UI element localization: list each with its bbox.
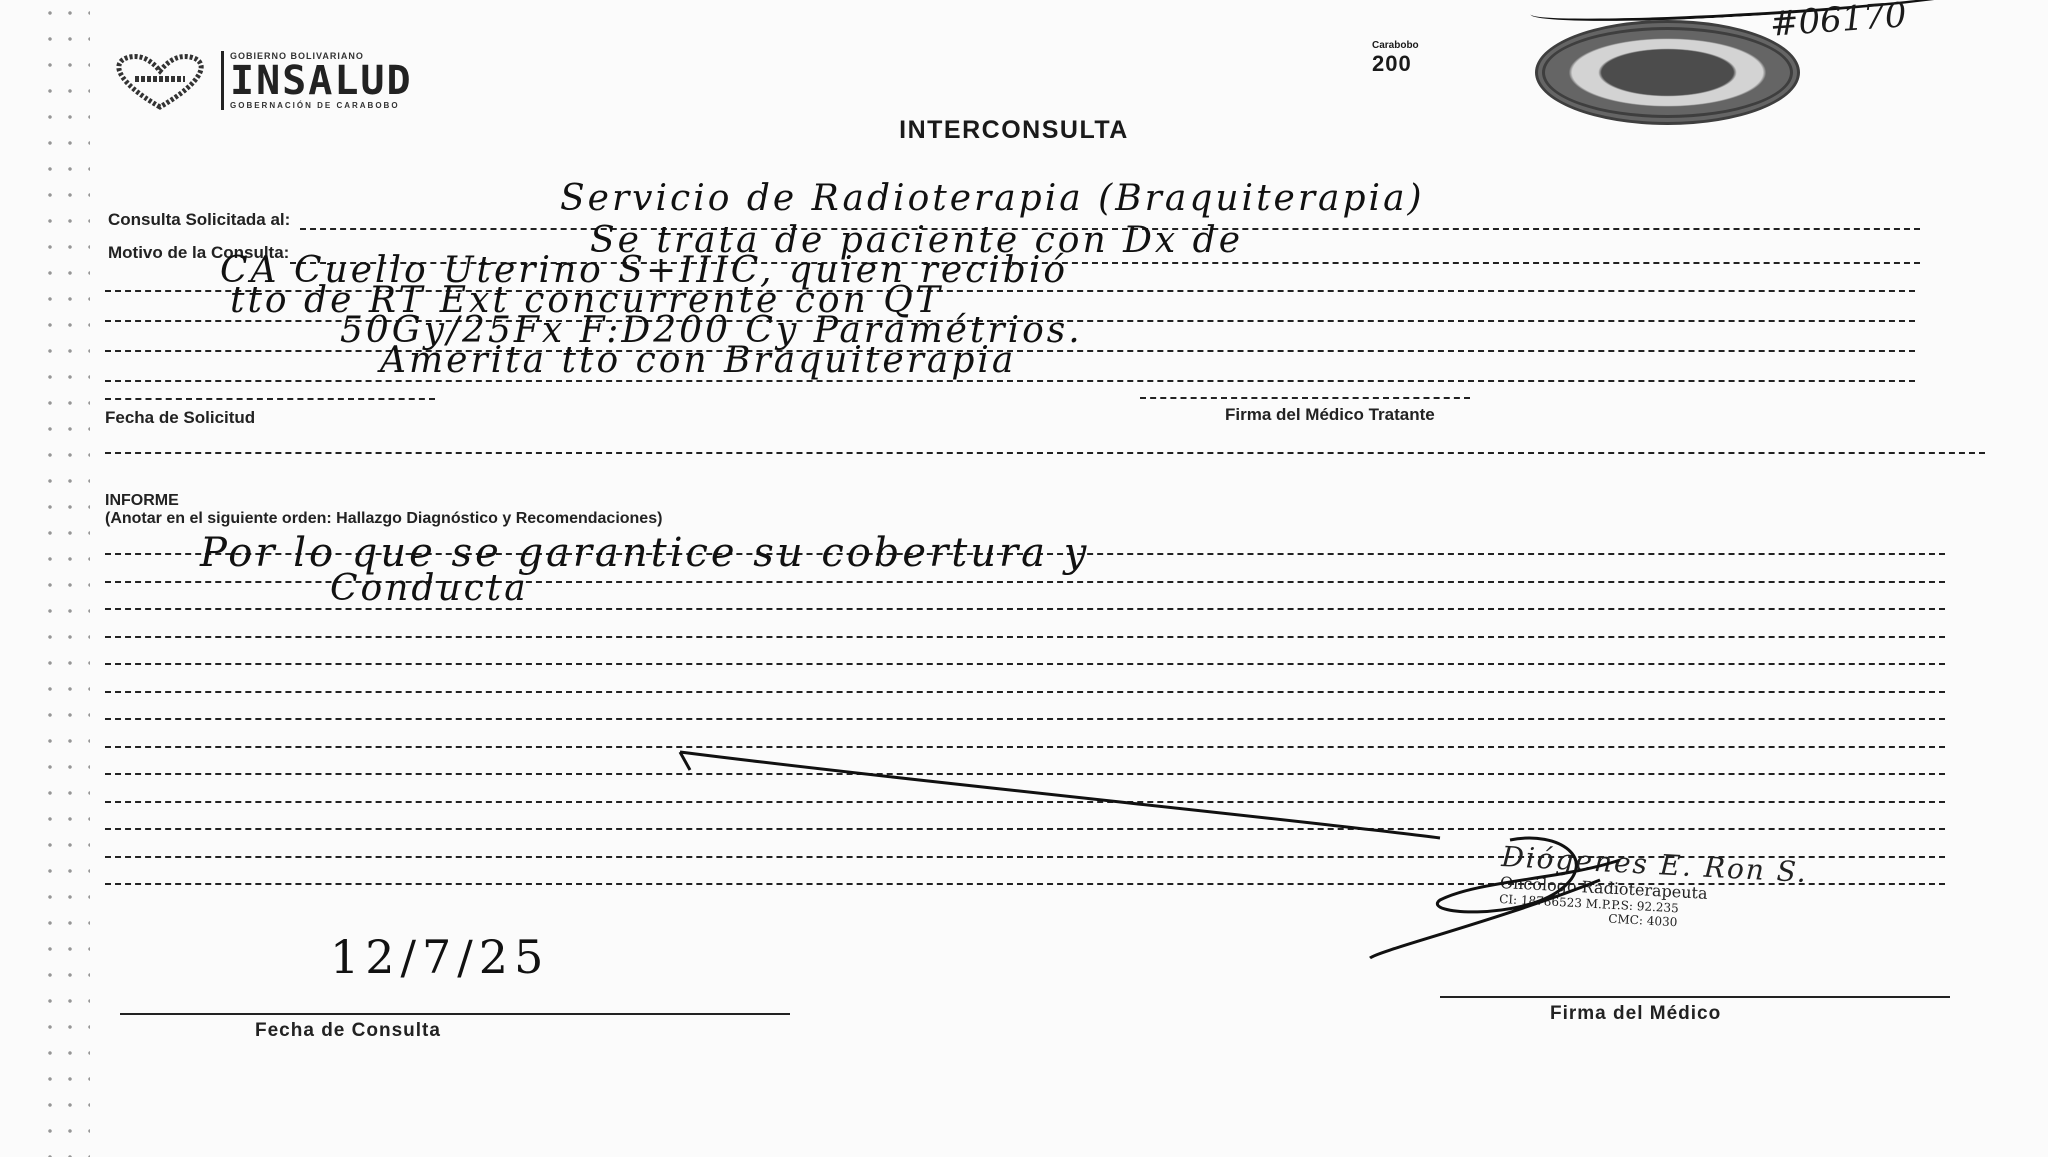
firma-tratante-label: Firma del Médico Tratante (1225, 405, 1435, 425)
fecha-consulta-label: Fecha de Consulta (255, 1020, 441, 1042)
informe-instructions: (Anotar en el siguiente orden: Hallazgo … (105, 510, 662, 528)
insalud-logo: GOBIERNO BOLIVARIANO INSALUD GOBERNACIÓN… (105, 48, 455, 113)
firma-tratante-rule (1140, 397, 1470, 399)
informe-rule (105, 663, 1945, 665)
badge-number: 200 (1372, 51, 1492, 77)
title-text: INTERCONSULTA (899, 116, 1129, 144)
informe-rule (105, 773, 1945, 775)
firma-medico-label: Firma del Médico (1550, 1003, 1721, 1025)
fecha-solicitud-label: Fecha de Solicitud (105, 408, 255, 428)
firma-medico-rule (1440, 996, 1950, 998)
doctor-stamp: Diógenes E. Ron S. Oncólogo Radioterapeu… (1498, 840, 1809, 936)
informe-rule (105, 636, 1945, 638)
informe-line-2[interactable]: Conducta (330, 568, 529, 609)
fecha-consulta-rule (120, 1013, 790, 1015)
informe-rule (105, 801, 1945, 803)
logo-brand: INSALUD (230, 61, 413, 101)
fecha-consulta-value[interactable]: 12/7/25 (330, 930, 549, 984)
reference-number: #06170 (1769, 0, 1908, 45)
informe-rule (105, 718, 1945, 720)
page-title: INTERCONSULTA (0, 116, 2048, 145)
heart-logo-icon (105, 51, 215, 111)
separator-rule (105, 452, 1985, 454)
badge-top: Carabobo (1372, 40, 1492, 51)
motivo-line-5[interactable]: Amerita tto con Braquiterapia (380, 340, 1016, 381)
official-seal-icon (1535, 20, 1800, 125)
informe-heading: INFORME (105, 492, 179, 510)
scan-edge-artifacts (40, 0, 90, 1157)
informe-rule (105, 746, 1945, 748)
informe-rule (105, 828, 1945, 830)
consulta-value[interactable]: Servicio de Radioterapia (Braquiterapia) (560, 178, 1425, 219)
fecha-solicitud-rule (105, 398, 435, 400)
anniversary-badge: Carabobo 200 (1372, 40, 1492, 100)
signature-strokes (0, 0, 2048, 1157)
consulta-label: Consulta Solicitada al: (108, 210, 290, 230)
logo-sub-line: GOBERNACIÓN DE CARABOBO (230, 101, 413, 110)
informe-rule (105, 691, 1945, 693)
